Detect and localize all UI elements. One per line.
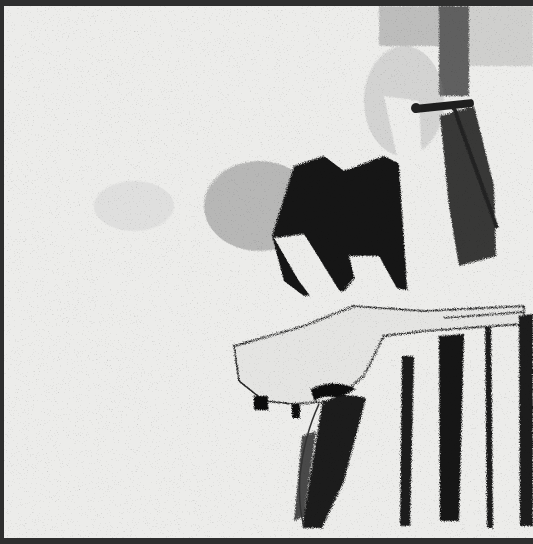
photo-print	[4, 6, 533, 538]
photo-frame	[0, 0, 533, 544]
photo-artwork	[4, 6, 533, 538]
film-grain	[4, 6, 533, 538]
